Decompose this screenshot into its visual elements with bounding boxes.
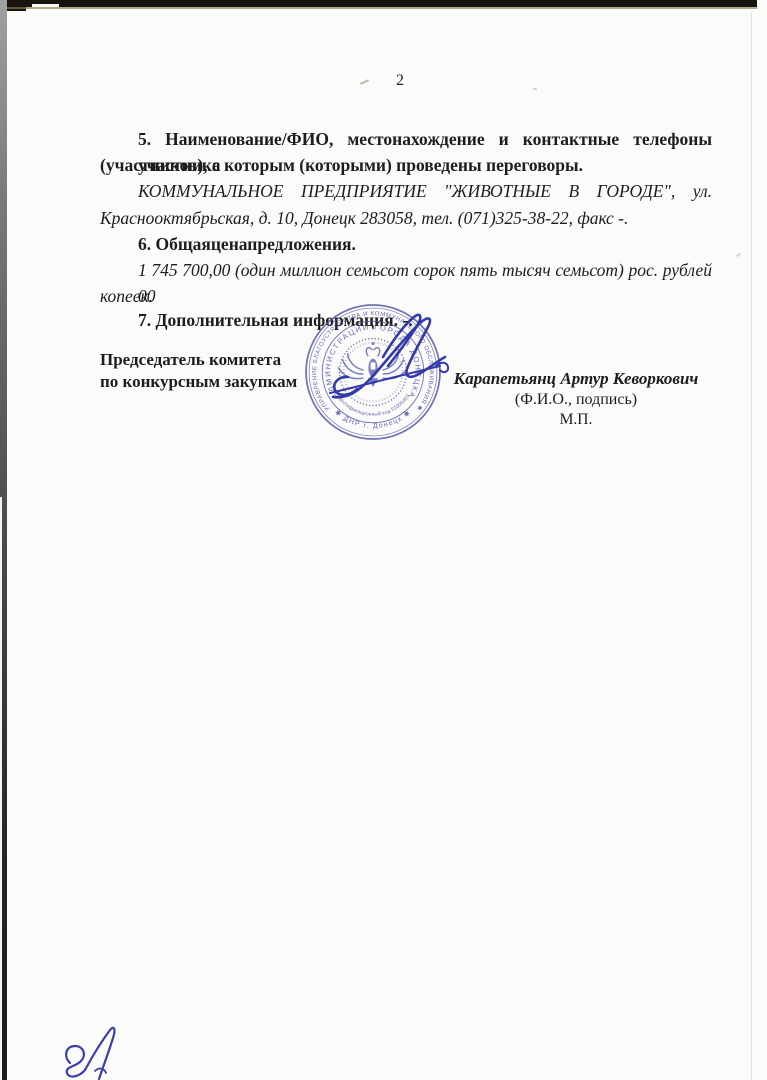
scan-speck (736, 253, 741, 257)
seal-mark-label: М.П. (444, 411, 708, 429)
signer-name: Карапетьянц Артур Кеворкович (444, 369, 708, 389)
item5-heading-line1: 5. Наименование/ФИО, местонахождение и к… (100, 126, 712, 152)
item5-value-line1: КОММУНАЛЬНОЕ ПРЕДПРИЯТИЕ "ЖИВОТНЫЕ В ГОР… (100, 178, 712, 204)
signature-caption: (Ф.И.О., подпись) (444, 391, 708, 409)
scan-right-edge (751, 12, 752, 1080)
scan-speck (533, 88, 537, 91)
svg-text:✱ ДНР г. Донецк ✱: ✱ ДНР г. Донецк ✱ (333, 408, 413, 430)
scan-top-band-shadow (0, 7, 757, 9)
item6-heading: 6. Общаяценапредложения. (100, 231, 712, 257)
page-number: 2 (340, 72, 460, 90)
committee-signature-icon (320, 305, 460, 410)
item5-value-line2: Краснооктябрьская, д. 10, Донецк 283058,… (100, 205, 712, 231)
item5-heading-line2: (участников), с которым (которыми) прове… (100, 152, 712, 178)
scan-left-edge-highlight (0, 497, 2, 1080)
item6-value-line1: 1 745 700,00 (один миллион семьсот сорок… (100, 257, 712, 283)
scan-top-band (0, 0, 757, 7)
scanned-document-page: 2 5. Наименование/ФИО, местонахождение и… (0, 0, 767, 1080)
page-corner-signature-icon (55, 1020, 130, 1080)
stamp-location-text: ✱ ДНР г. Донецк ✱ (333, 408, 413, 430)
